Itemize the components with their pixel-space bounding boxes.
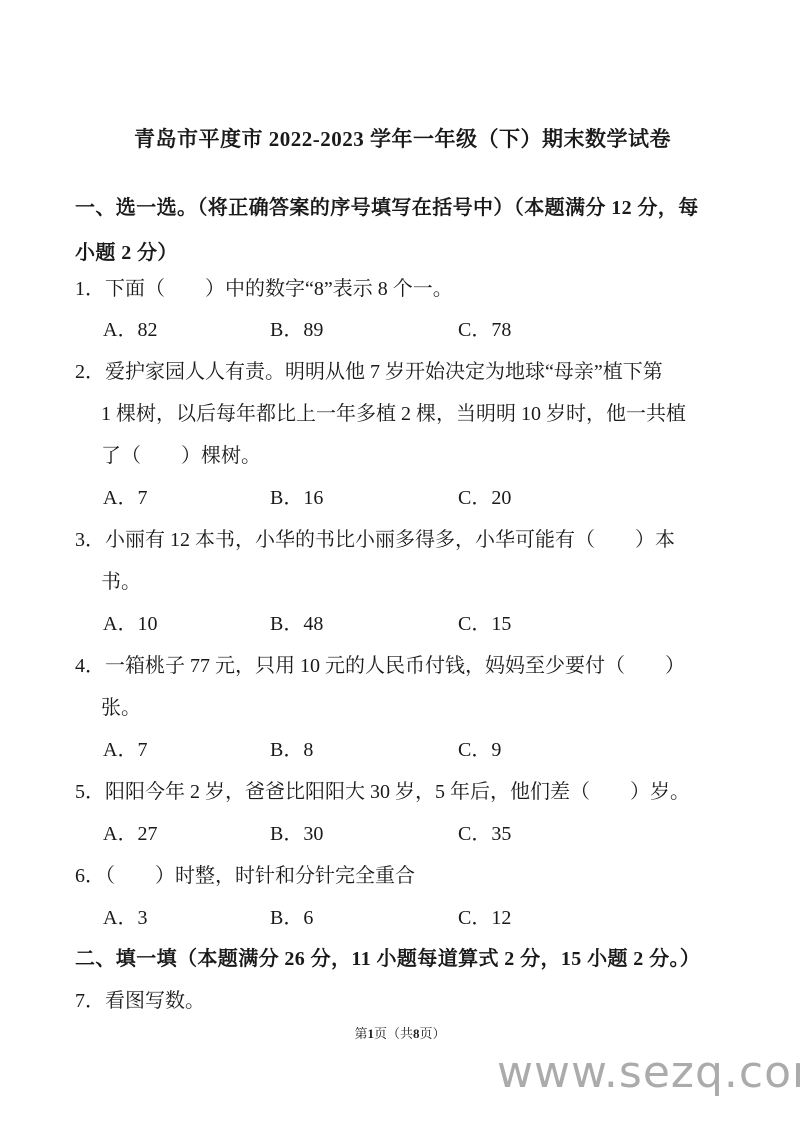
footer-text-part: 第 [354, 1026, 367, 1041]
option-b: B．8 [270, 738, 313, 762]
option-b: B．6 [270, 906, 313, 930]
option-c: C．20 [458, 486, 511, 510]
question-2-line-2: 1 棵树，以后每年都比上一年多植 2 棵，当明明 10 岁时，他一共植 [75, 402, 756, 426]
option-a: A．7 [103, 486, 147, 510]
footer-text-part: 页） [420, 1026, 446, 1041]
footer-text-part: 页（共 [374, 1026, 413, 1041]
option-c: C．15 [458, 612, 511, 636]
option-b: B．48 [270, 612, 323, 636]
section1-heading-line-2: 小题 2 分） [75, 241, 730, 265]
section1-heading-line-1: 一、选一选。（将正确答案的序号填写在括号中）（本题满分 12 分，每 [75, 196, 730, 220]
question-5-line-1: 5．阳阳今年 2 岁，爸爸比阳阳大 30 岁，5 年后，他们差（ ）岁。 [75, 780, 730, 804]
option-a: A．3 [103, 906, 147, 930]
option-c: C．9 [458, 738, 501, 762]
question-1-options: A．82 B．89 C．78 [75, 318, 730, 342]
question-7-line-1: 7．看图写数。 [75, 989, 730, 1013]
question-1-line-1: 1．下面（ ）中的数字“8”表示 8 个一。 [75, 277, 730, 301]
option-a: A．7 [103, 738, 147, 762]
option-a: A．82 [103, 318, 157, 342]
option-a: A．10 [103, 612, 157, 636]
option-c: C．78 [458, 318, 511, 342]
option-a: A．27 [103, 822, 157, 846]
question-2-line-1: 2．爱护家园人人有责。明明从他 7 岁开始决定为地球“母亲”植下第 [75, 360, 730, 384]
question-4-options: A．7 B．8 C．9 [75, 738, 730, 762]
question-3-line-1: 3．小丽有 12 本书，小华的书比小丽多得多，小华可能有（ ）本 [75, 528, 730, 552]
watermark: www.sezq.com [497, 1048, 800, 1098]
option-b: B．89 [270, 318, 323, 342]
exam-page: 青岛市平度市 2022-2023 学年一年级（下）期末数学试卷 一、选一选。（将… [0, 0, 800, 1131]
question-2-line-3: 了（ ）棵树。 [75, 444, 756, 468]
question-4-line-1: 4．一箱桃子 77 元，只用 10 元的人民币付钱，妈妈至少要付（ ） [75, 654, 730, 678]
question-6-line-1: 6．（ ）时整，时针和分针完全重合 [75, 864, 730, 888]
page-title: 青岛市平度市 2022-2023 学年一年级（下）期末数学试卷 [75, 126, 730, 152]
question-3-line-2: 书。 [75, 570, 756, 594]
question-5-options: A．27 B．30 C．35 [75, 822, 730, 846]
page-footer: 第1页（共8页） [0, 1026, 800, 1042]
option-c: C．12 [458, 906, 511, 930]
question-6-options: A．3 B．6 C．12 [75, 906, 730, 930]
question-3-options: A．10 B．48 C．15 [75, 612, 730, 636]
page-content: 青岛市平度市 2022-2023 学年一年级（下）期末数学试卷 一、选一选。（将… [75, 0, 730, 1131]
option-b: B．16 [270, 486, 323, 510]
option-b: B．30 [270, 822, 323, 846]
question-4-line-2: 张。 [75, 696, 756, 720]
question-2-options: A．7 B．16 C．20 [75, 486, 730, 510]
option-c: C．35 [458, 822, 511, 846]
section2-heading-line-1: 二、填一填（本题满分 26 分，11 小题每道算式 2 分，15 小题 2 分。… [75, 947, 730, 971]
